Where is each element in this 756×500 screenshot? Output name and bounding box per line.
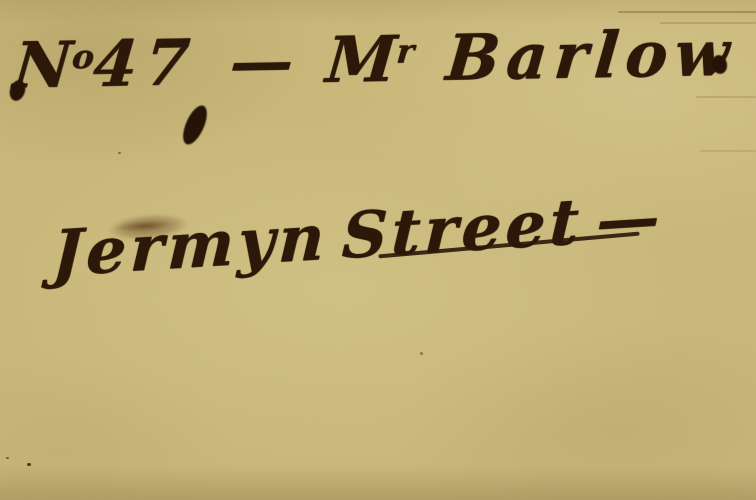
surname-text: Barlow: [443, 16, 739, 95]
handwritten-line-address-number: No47 — Mr Barlow: [11, 16, 739, 103]
trailing-dash-mark: —: [595, 179, 661, 257]
paper-speck: [27, 463, 31, 466]
paper-speck: [420, 352, 423, 355]
paper-background: No47 — Mr Barlow Jermyn Street —: [0, 0, 756, 500]
paper-speck: [118, 152, 121, 154]
paper-speck: [6, 457, 9, 459]
paper-scratch: [696, 96, 756, 98]
street-word-1: Jermyn: [51, 200, 330, 291]
paper-scratch: [700, 150, 756, 152]
title-text: Mr: [323, 21, 416, 97]
ink-blot-seven-descender: [178, 102, 212, 148]
house-number: 47: [90, 25, 200, 101]
title-initial: M: [323, 22, 399, 97]
handwritten-line-street: Jermyn Street —: [51, 179, 661, 290]
dash-mark: —: [227, 23, 296, 98]
title-superscript: r: [395, 31, 416, 70]
paper-scratch: [618, 11, 756, 13]
street-word-2: Street: [340, 184, 584, 273]
house-number-text: No47: [11, 25, 201, 102]
